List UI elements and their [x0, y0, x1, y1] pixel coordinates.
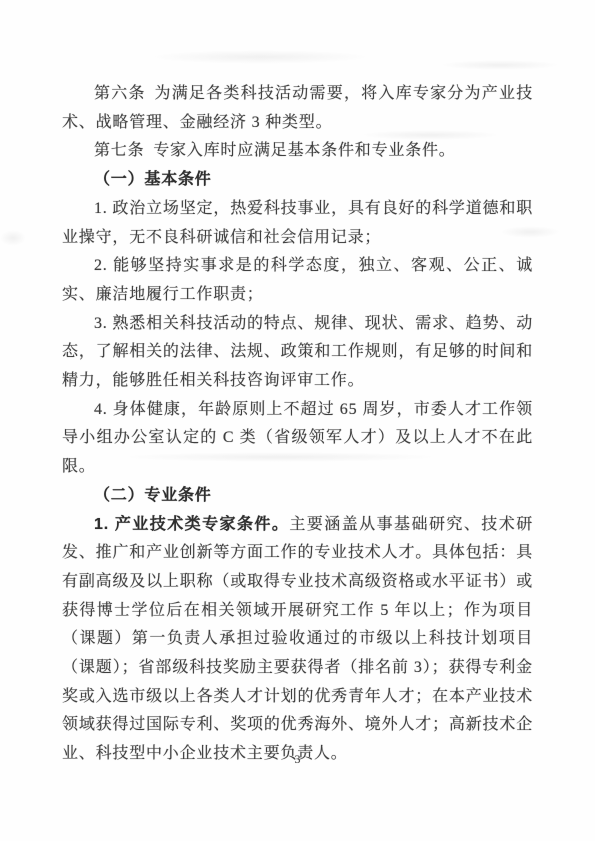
paragraph-item-4: 4. 身体健康，年龄原则上不超过 65 周岁，市委人才工作领导小组办公室认定的 …	[62, 396, 533, 482]
page-number: 3	[0, 752, 595, 767]
scan-artifact	[440, 60, 560, 70]
paragraph-text: 3. 熟悉相关科技活动的特点、规律、现状、需求、趋势、动态，了解相关的法律、法规…	[62, 315, 533, 389]
paragraph-text: 专家入库时应满足基本条件和专业条件。	[153, 142, 455, 159]
paragraph-item-1: 1. 政治立场坚定，热爱科技事业，具有良好的科学道德和职业操守，无不良科研诚信和…	[62, 195, 533, 252]
section-heading-basic-conditions: （一）基本条件	[62, 166, 533, 195]
scan-artifact	[0, 230, 26, 246]
article-number-label: 第六条	[94, 85, 146, 102]
paragraph-text: 2. 能够坚持实事求是的科学态度，独立、客观、公正、诚实、廉洁地履行工作职责；	[62, 257, 533, 303]
paragraph-text: 主要涵盖从事基础研究、技术研发、推广和产业创新等方面工作的专业技术人才。具体包括…	[62, 516, 533, 763]
paragraph-item-3: 3. 熟悉相关科技活动的特点、规律、现状、需求、趋势、动态，了解相关的法律、法规…	[62, 310, 533, 396]
section-heading-professional-conditions: （二）专业条件	[62, 482, 533, 511]
article-number-label: 第七条	[94, 142, 144, 159]
paragraph-article-7: 第七条专家入库时应满足基本条件和专业条件。	[62, 137, 533, 166]
item-bold-lead: 1. 产业技术类专家条件。	[94, 516, 289, 533]
scan-artifact	[150, 50, 370, 64]
paragraph-text: 4. 身体健康，年龄原则上不超过 65 周岁，市委人才工作领导小组办公室认定的 …	[62, 401, 533, 475]
document-body: 第六条为满足各类科技活动需要，将入库专家分为产业技术、战略管理、金融经济 3 种…	[62, 80, 533, 769]
paragraph-item-2: 2. 能够坚持实事求是的科学态度，独立、客观、公正、诚实、廉洁地履行工作职责；	[62, 252, 533, 309]
paragraph-article-6: 第六条为满足各类科技活动需要，将入库专家分为产业技术、战略管理、金融经济 3 种…	[62, 80, 533, 137]
document-page: 第六条为满足各类科技活动需要，将入库专家分为产业技术、战略管理、金融经济 3 种…	[0, 0, 595, 841]
paragraph-text: 1. 政治立场坚定，热爱科技事业，具有良好的科学道德和职业操守，无不良科研诚信和…	[62, 200, 533, 246]
paragraph-industry-tech-experts: 1. 产业技术类专家条件。主要涵盖从事基础研究、技术研发、推广和产业创新等方面工…	[62, 511, 533, 769]
